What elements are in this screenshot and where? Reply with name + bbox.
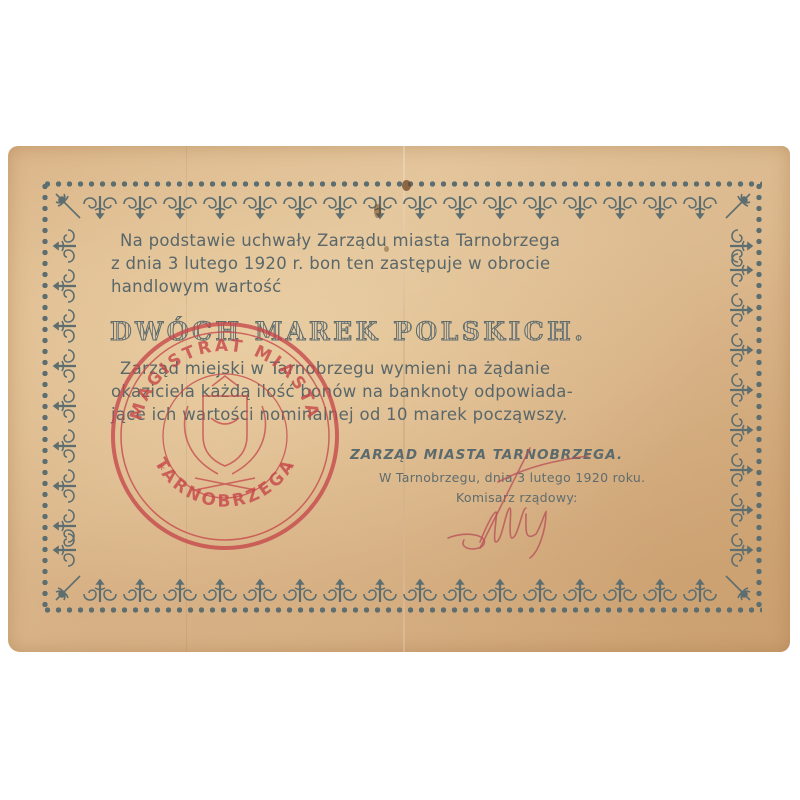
corner-flourish-icon [720, 570, 754, 604]
exchange-line-2: okaziciela każdą ilość bonów na banknoty… [111, 382, 573, 401]
banknote: Na podstawie uchwały Zarządu miasta Tarn… [8, 146, 790, 652]
exchange-line-1: Zarząd miejski w Tarnobrzegu wymieni na … [120, 359, 550, 378]
signatory-role: Komisarz rządowy: [456, 490, 578, 505]
corner-flourish-icon [52, 190, 86, 224]
corner-flourish-icon [720, 190, 754, 224]
issuing-authority: ZARZĄD MIASTA TARNOBRZEGA. [350, 447, 623, 463]
ornament-border-right [724, 226, 754, 570]
intro-line-1: Na podstawie uchwały Zarządu miasta Tarn… [120, 231, 560, 250]
stain [402, 180, 411, 191]
official-stamp: MAGISTRAT MIASTA TARNOBRZEGA * * [100, 316, 350, 556]
ornament-border-top [80, 190, 720, 224]
exchange-line-3: jące ich wartości nominalnej od 10 marek… [111, 405, 568, 424]
stamp-star-icon: * [158, 462, 165, 478]
intro-line-3: handlowym wartość [111, 277, 281, 296]
denomination-title: DWÓCH MAREK POLSKICH. [110, 317, 586, 346]
stamp-star-icon: * [286, 462, 293, 478]
svg-text:TARNOBRZEGA: TARNOBRZEGA [150, 454, 300, 511]
stain [374, 204, 381, 218]
corner-flourish-icon [52, 570, 86, 604]
stamp-bottom-text: TARNOBRZEGA [150, 454, 300, 511]
ornament-border-left [52, 226, 82, 570]
ornament-border-bottom [80, 574, 720, 608]
place-and-date: W Tarnobrzegu, dnia 3 lutego 1920 roku. [379, 470, 645, 485]
border-dots-right [756, 181, 762, 613]
intro-line-2: z dnia 3 lutego 1920 r. bon ten zastępuj… [111, 254, 550, 273]
border-dots-left [42, 181, 48, 613]
